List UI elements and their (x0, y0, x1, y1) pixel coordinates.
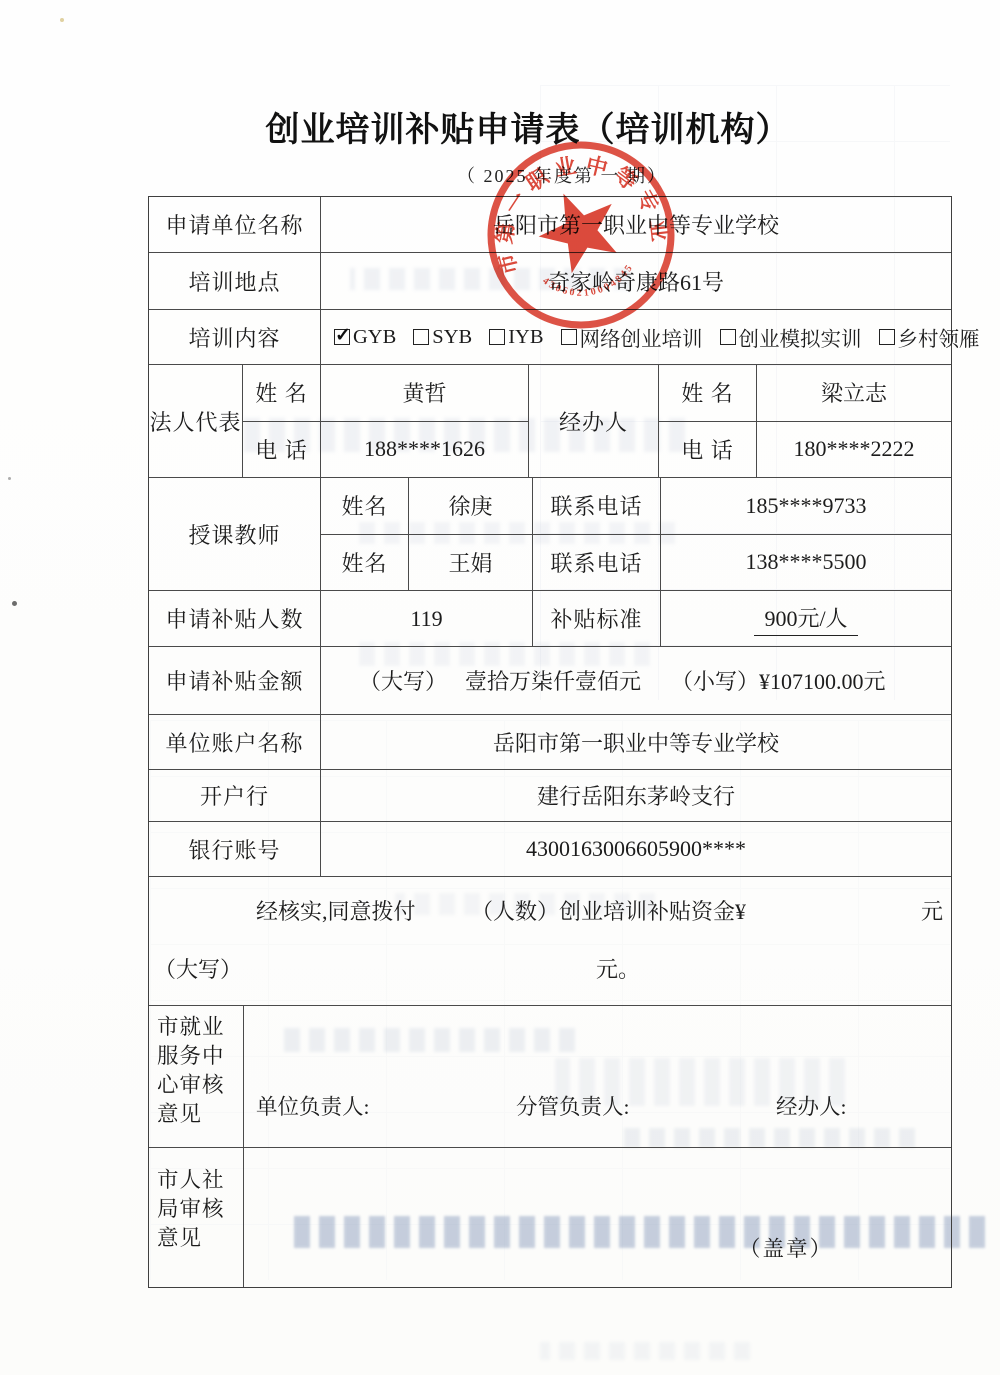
checkbox-icon (879, 329, 895, 345)
amount-value: （大写） 壹拾万柒仟壹佰元 （小写）¥107100.00元 (321, 647, 951, 714)
handler-phone-label: 电 话 (659, 422, 757, 478)
headcount-value: 119 (321, 591, 533, 646)
account-number-value: 4300163006605900**** (321, 822, 951, 876)
account-number-label: 银行账号 (149, 822, 321, 876)
signature-handler: 经办人: (776, 1090, 846, 1121)
scan-speck (12, 601, 17, 606)
verification-uppercase-label: （大写） (154, 953, 242, 984)
handler-phone: 180****2222 (757, 422, 951, 478)
row-applicant-unit: 申请单位名称 岳阳市第一职业中等专业学校 (149, 197, 951, 253)
account-name-label: 单位账户名称 (149, 715, 321, 769)
employment-review-body: 单位负责人: 分管负责人: 经办人: (244, 1006, 951, 1147)
scanned-application-form: 创业培训补贴申请表（培训机构） （ 2025 年度第 一 期） 申请单位名称 岳… (0, 0, 1000, 1375)
checkbox-icon (413, 329, 429, 345)
teacher-phone: 185****9733 (661, 478, 951, 534)
training-content-label: 培训内容 (149, 310, 321, 364)
scan-speck (8, 477, 11, 480)
teacher-row: 姓名 徐庚 联系电话 185****9733 (321, 478, 951, 535)
amount-uppercase-value: 壹拾万柒仟壹佰元 (465, 665, 641, 696)
seal-note: （盖章） (739, 1232, 833, 1263)
amount-uppercase-label: （大写） (359, 665, 447, 696)
row-legal-rep-handler: 法人代表 姓 名 黄哲 电 话 188****1626 经办人 姓 名 梁立志 (149, 365, 951, 478)
standard-value: 900元/人 (661, 591, 951, 646)
bank-label: 开户行 (149, 770, 321, 821)
training-location-label: 培训地点 (149, 253, 321, 309)
teacher-name-label: 姓名 (321, 535, 409, 591)
checkbox-option-gyb: GYB (334, 326, 396, 349)
row-account-name: 单位账户名称 岳阳市第一职业中等专业学校 (149, 715, 951, 770)
checkbox-option-online: 网络创业培训 (561, 322, 703, 352)
verification-mid: （人数）创业培训补贴资金¥ (471, 895, 746, 926)
bank-value: 建行岳阳东茅岭支行 (321, 770, 951, 821)
row-subsidy-amount: 申请补贴金额 （大写） 壹拾万柒仟壹佰元 （小写）¥107100.00元 (149, 647, 951, 715)
checkbox-icon (720, 329, 736, 345)
handler-name: 梁立志 (757, 365, 951, 421)
bleedthrough-artifact (540, 1342, 750, 1360)
training-location-value: 奇家岭奇康路61号 (321, 253, 951, 309)
legal-rep-phone-label: 电 话 (243, 422, 321, 478)
checkbox-option-simulation: 创业模拟实训 (720, 322, 862, 352)
teacher-phone: 138****5500 (661, 535, 951, 591)
training-content-options: GYB SYB IYB 网络创业培训 创业模拟实训 乡村领雁 (321, 310, 980, 364)
employment-review-label: 市就业 服务中 心审核 意见 (149, 1006, 244, 1147)
handler-name-label: 姓 名 (659, 365, 757, 421)
teachers-label: 授课教师 (149, 478, 321, 590)
form-table: 申请单位名称 岳阳市第一职业中等专业学校 培训地点 奇家岭奇康路61号 培训内容… (148, 196, 952, 1288)
row-account-number: 银行账号 4300163006605900**** (149, 822, 951, 877)
hr-review-label: 市人社 局审核 意见 (149, 1148, 244, 1287)
standard-label: 补贴标准 (533, 591, 661, 646)
account-name-value: 岳阳市第一职业中等专业学校 (321, 715, 951, 769)
row-hr-bureau-review: 市人社 局审核 意见 （盖章） (149, 1148, 951, 1287)
teacher-phone-label: 联系电话 (533, 535, 661, 591)
amount-lowercase-value: （小写）¥107100.00元 (671, 665, 886, 696)
headcount-label: 申请补贴人数 (149, 591, 321, 646)
teacher-row: 姓名 王娟 联系电话 138****5500 (321, 535, 951, 591)
checkbox-icon (489, 329, 505, 345)
row-training-content: 培训内容 GYB SYB IYB 网络创业培训 创业模拟实训 乡村领雁 (149, 310, 951, 365)
scan-speck (60, 18, 64, 22)
signature-unit-head: 单位负责人: (256, 1090, 369, 1121)
row-verification: 经核实,同意拨付 （人数）创业培训补贴资金¥ 元 （大写） 元。 (149, 877, 951, 1006)
legal-rep-name-label: 姓 名 (243, 365, 321, 421)
verification-lead: 经核实,同意拨付 (256, 895, 416, 926)
verification-yuan-end: 元。 (596, 953, 640, 984)
legal-rep-phone: 188****1626 (321, 422, 528, 478)
verification-cell: 经核实,同意拨付 （人数）创业培训补贴资金¥ 元 （大写） 元。 (149, 877, 951, 1005)
checkbox-option-iyb: IYB (489, 326, 543, 349)
row-bank: 开户行 建行岳阳东茅岭支行 (149, 770, 951, 822)
row-teachers: 授课教师 姓名 徐庚 联系电话 185****9733 姓名 王娟 联系电话 1… (149, 478, 951, 591)
signature-deputy-head: 分管负责人: (516, 1090, 629, 1121)
teacher-name: 王娟 (409, 535, 533, 591)
checkbox-icon (561, 329, 577, 345)
teacher-name-label: 姓名 (321, 478, 409, 534)
document-title: 创业培训补贴申请表（培训机构） (28, 102, 1000, 151)
checkbox-option-rural: 乡村领雁 (879, 322, 980, 352)
row-employment-center-review: 市就业 服务中 心审核 意见 单位负责人: 分管负责人: 经办人: (149, 1006, 951, 1148)
legal-rep-name: 黄哲 (321, 365, 528, 421)
hr-review-body: （盖章） (244, 1148, 951, 1287)
verification-yuan: 元 (921, 895, 943, 926)
amount-label: 申请补贴金额 (149, 647, 321, 714)
document-subtitle: （ 2025 年度第 一 期） (62, 162, 1000, 188)
row-training-location: 培训地点 奇家岭奇康路61号 (149, 253, 951, 310)
checkbox-icon (334, 329, 350, 345)
legal-rep-label: 法人代表 (149, 365, 243, 477)
checkbox-option-syb: SYB (413, 326, 472, 349)
applicant-unit-label: 申请单位名称 (149, 197, 321, 252)
handler-label: 经办人 (529, 365, 659, 477)
applicant-unit-value: 岳阳市第一职业中等专业学校 (321, 197, 951, 252)
teacher-name: 徐庚 (409, 478, 533, 534)
row-headcount-standard: 申请补贴人数 119 补贴标准 900元/人 (149, 591, 951, 647)
teacher-phone-label: 联系电话 (533, 478, 661, 534)
